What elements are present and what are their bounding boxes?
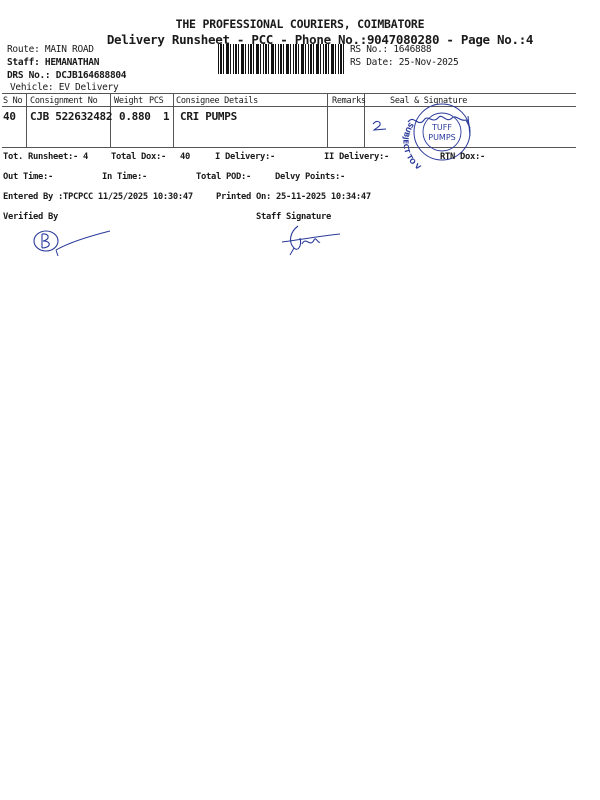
out-time: Out Time:- xyxy=(3,172,53,182)
table-header-rule xyxy=(2,106,576,107)
total-dox-label: Total Dox:- xyxy=(111,152,166,162)
col-header-remarks: Remarks xyxy=(332,96,366,106)
svg-text:SUBJECT TO V: SUBJECT TO V xyxy=(401,121,422,172)
ii-delivery: II Delivery:- xyxy=(324,152,389,162)
drs-number: DRS No.: DCJB164688804 xyxy=(7,70,126,81)
col-header-consignment: Consignment No xyxy=(30,96,97,106)
col-header-pcs: PCS xyxy=(149,96,163,106)
cell-consignee: CRI PUMPS xyxy=(180,110,237,123)
col-header-weight: Weight xyxy=(114,96,143,106)
rs-date: RS Date: 25-Nov-2025 xyxy=(350,57,458,68)
delvy-points: Delvy Points:- xyxy=(275,172,345,182)
table-top-rule xyxy=(2,93,576,94)
company-seal-stamp: TUFF PUMPS SUBJECT TO V xyxy=(398,102,486,174)
staff-signature xyxy=(280,222,345,256)
i-delivery: I Delivery:- xyxy=(215,152,275,162)
verified-by-label: Verified By xyxy=(3,212,58,222)
table-bottom-rule xyxy=(2,147,576,148)
company-title: THE PROFESSIONAL COURIERS, COIMBATORE xyxy=(0,17,600,31)
staff-signature-label: Staff Signature xyxy=(256,212,331,222)
total-pod: Total POD:- xyxy=(196,172,251,182)
route-label: Route: MAIN ROAD xyxy=(7,44,94,55)
cell-weight: 0.880 xyxy=(119,110,151,123)
col-header-consignee: Consignee Details xyxy=(176,96,258,106)
col-divider xyxy=(26,93,27,147)
barcode xyxy=(218,44,346,74)
svg-text:PUMPS: PUMPS xyxy=(428,133,455,142)
cell-pcs: 1 xyxy=(163,110,169,123)
col-divider xyxy=(173,93,174,147)
entered-by: Entered By :TPCPCC 11/25/2025 10:30:47 xyxy=(3,192,193,202)
verified-by-signature xyxy=(30,226,115,258)
staff-label: Staff: HEMANATHAN xyxy=(7,57,99,68)
vehicle-label: Vehicle: EV Delivery xyxy=(10,82,118,93)
handwritten-remark xyxy=(370,118,392,134)
in-time: In Time:- xyxy=(102,172,147,182)
tot-runsheet: Tot. Runsheet:- 4 xyxy=(3,152,88,162)
col-header-sno: S No xyxy=(3,96,22,106)
col-divider xyxy=(327,93,328,147)
svg-text:TUFF: TUFF xyxy=(431,123,452,132)
rtn-dox: RTN Dox:- xyxy=(440,152,485,162)
cell-consignment-no: CJB 522632482 xyxy=(30,110,112,123)
total-dox-value: 40 xyxy=(180,152,190,162)
printed-on: Printed On: 25-11-2025 10:34:47 xyxy=(216,192,371,202)
rs-number: RS No.: 1646888 xyxy=(350,44,431,55)
cell-sno: 40 xyxy=(3,110,16,123)
